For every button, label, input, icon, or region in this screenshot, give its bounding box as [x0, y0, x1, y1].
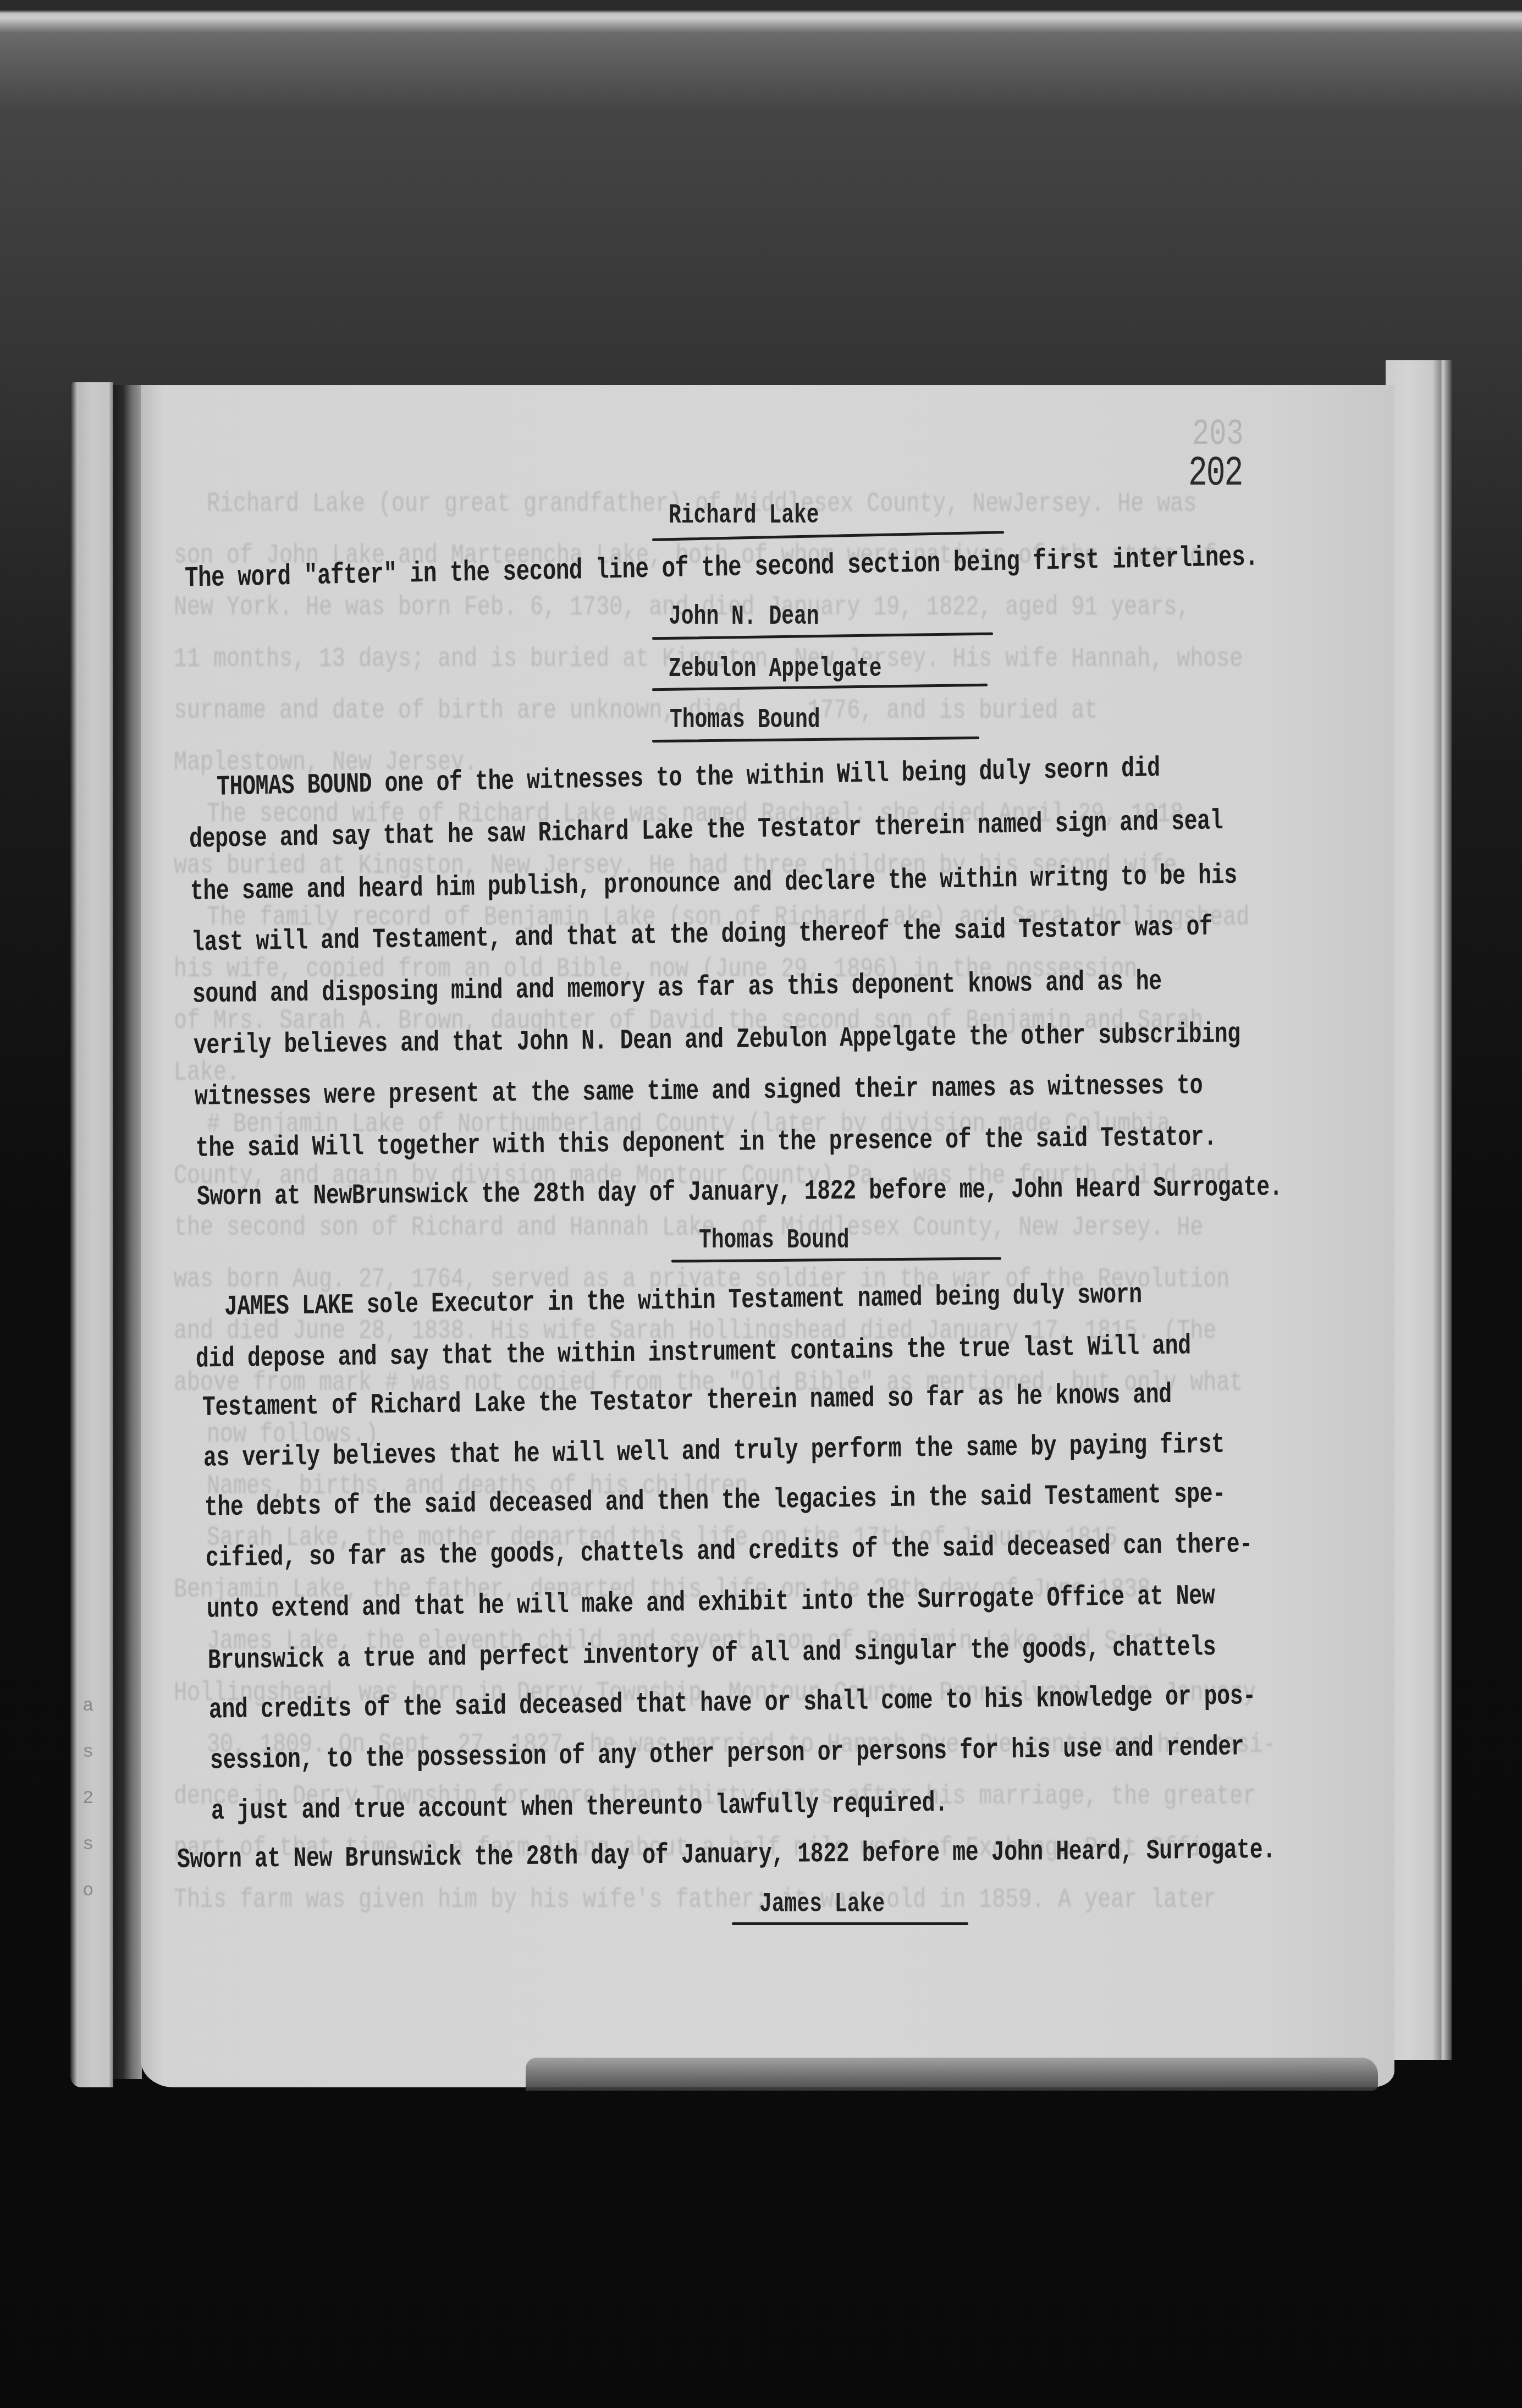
signature-name: Thomas Bound — [670, 705, 820, 736]
signature-name: James Lake — [759, 1889, 885, 1920]
deposition-line: verily believes and that John N. Dean an… — [194, 1019, 1240, 1062]
document-page: Richard Lake (our great grandfather) of … — [141, 385, 1394, 2087]
bleed-through-line: surname and date of birth are unknown, d… — [174, 696, 1098, 727]
margin-mark: 2 — [82, 1775, 104, 1822]
deposition-line: THOMAS BOUND one of the witnesses to the… — [217, 753, 1160, 804]
deposition-line: did depose and say that the within instr… — [196, 1331, 1191, 1376]
deposition-line: Sworn at NewBrunswick the 28th day of Ja… — [197, 1172, 1283, 1213]
deposition-line: the said Will together with this deponen… — [196, 1122, 1217, 1165]
bleed-through-line: the second son of Richard and Hannah Lak… — [174, 1213, 1203, 1244]
deposition-line: last will and Testament, and that at the… — [191, 912, 1212, 960]
deposition-line: cified, so far as the goods, chattels an… — [206, 1529, 1253, 1575]
deposition-line: the debts of the said deceased and then … — [205, 1479, 1226, 1524]
deposition-line: unto extend and that he will make and ex… — [207, 1581, 1215, 1626]
deposition-line: sound and disposing mind and memory as f… — [192, 966, 1162, 1011]
page-number-faint: 203 — [1192, 413, 1244, 455]
signature-line — [652, 736, 979, 743]
deposition-line: witnesses were present at the same time … — [195, 1070, 1203, 1113]
margin-mark: s — [82, 1822, 104, 1868]
margin-mark: o — [82, 1868, 104, 1914]
page-number: 202 — [1188, 451, 1242, 498]
deposition-line: JAMES LAKE sole Executor in the within T… — [224, 1279, 1142, 1323]
signature-name: Richard Lake — [669, 501, 819, 531]
deposition-line: the same and heard him publish, pronounc… — [190, 860, 1237, 908]
signature-line — [671, 1257, 1001, 1262]
page-stack-edges — [1386, 360, 1452, 2060]
book-gutter — [113, 385, 142, 2079]
facing-page-margin-marks: a s 2 s o — [82, 1683, 104, 1914]
deposition-line: session, to the possession of any other … — [210, 1731, 1244, 1777]
deposition-line: Testament of Richard Lake the Testator t… — [202, 1379, 1172, 1424]
signature-line — [652, 633, 993, 640]
deposition-line: Sworn at New Brunswick the 28th day of J… — [177, 1835, 1276, 1876]
signature-name: Zebulon Appelgate — [669, 654, 882, 685]
deposition-line: depose and say that he saw Richard Lake … — [189, 806, 1223, 856]
bleed-through-line: This farm was given him by his wife's fa… — [174, 1885, 1216, 1916]
signature-name: Thomas Bound — [699, 1225, 850, 1256]
signature-line — [652, 531, 1004, 541]
deposition-line: as verily believes that he will well and… — [203, 1430, 1225, 1475]
margin-mark: s — [82, 1729, 104, 1775]
signature-line — [732, 1922, 968, 1925]
margin-mark: a — [82, 1683, 104, 1729]
signature-line — [652, 684, 988, 691]
deposition-line: Brunswick a true and perfect inventory o… — [208, 1632, 1216, 1677]
interlineation-note: The word "after" in the second line of t… — [185, 541, 1259, 595]
deposition-line: a just and true account when thereunto l… — [211, 1788, 948, 1828]
deposition-line: and credits of the said deceased that ha… — [209, 1681, 1256, 1727]
signature-name: John N. Dean — [669, 602, 819, 633]
